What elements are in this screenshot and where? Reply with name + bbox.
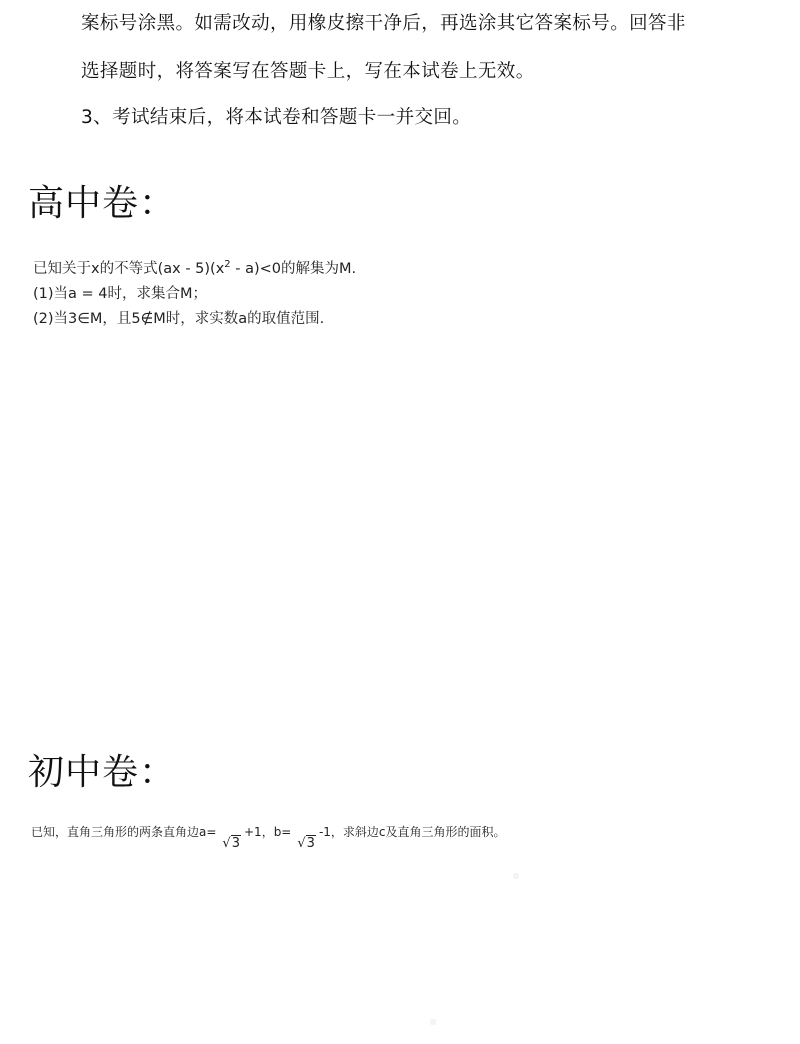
scan-artifact [513,873,519,879]
instruction-line: 选择题时，将答案写在答题卡上，写在本试卷上无效。 [81,60,535,84]
radicand: 3 [306,835,316,851]
problem-part-2: (2)当3∈M，且5∉M时，求实数a的取值范围. [33,309,324,329]
section-heading-middle-school: 初中卷： [28,752,176,794]
a-suffix: +1，b= [244,825,291,839]
scan-artifact [430,1019,436,1025]
sqrt-expression-a: √3 [222,836,241,852]
problem-statement: 已知，直角三角形的两条直角边a=√3+1，b=√3-1，求斜边c及直角三角形的面… [31,824,506,841]
radicand: 3 [231,835,241,851]
problem-intro-prefix: 已知关于x的不等式(ax - 5)(x [33,261,224,277]
problem-intro: 已知关于x的不等式(ax - 5)(x2 - a)<0的解集为M. [33,259,356,279]
sqrt-expression-b: √3 [297,836,316,852]
problem-part-1: (1)当a = 4时，求集合M； [33,284,207,304]
problem-prefix: 已知，直角三角形的两条直角边a= [31,825,216,839]
sqrt-symbol: √ [297,836,305,851]
section-heading-high-school: 高中卷： [28,183,176,225]
instruction-line: 3、考试结束后，将本试卷和答题卡一并交回。 [81,106,471,130]
sqrt-symbol: √ [222,836,230,851]
problem-suffix: -1，求斜边c及直角三角形的面积。 [319,825,506,839]
instruction-line: 案标号涂黑。如需改动，用橡皮擦干净后，再选涂其它答案标号。回答非 [81,12,686,36]
problem-intro-suffix: - a)<0的解集为M. [231,261,357,277]
